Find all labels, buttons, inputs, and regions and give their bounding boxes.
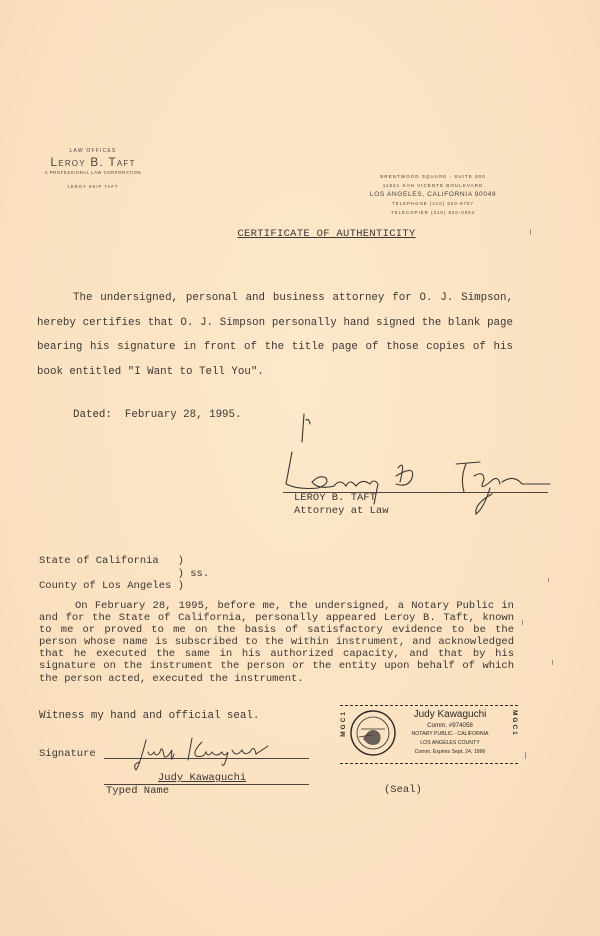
paper-mark — [522, 620, 523, 625]
address-line-1: BRENTWOOD SQUARE · SUITE 800 — [356, 172, 510, 181]
typed-name-label: Typed Name — [106, 785, 169, 797]
certificate-body: The undersigned, personal and business a… — [37, 286, 513, 384]
venue-county: County of Los Angeles ) — [39, 580, 209, 593]
dated-line: Dated: February 28, 1995. — [73, 409, 242, 421]
firm-attorney: LEROY SKIP TAFT — [30, 184, 156, 189]
venue-state: State of California ) — [39, 555, 209, 568]
venue-ss: ) ss. — [39, 568, 209, 581]
address-line-2: 11661 SAN VICENTE BOULEVARD — [356, 181, 510, 190]
typed-name-value: Judy Kawaguchi — [104, 772, 309, 784]
state-seal-icon — [349, 709, 397, 757]
stamp-title: NOTARY PUBLIC - CALIFORNIA — [392, 730, 508, 739]
paper-mark — [530, 229, 531, 235]
firm-corporation: A PROFESSIONAL LAW CORPORATION — [30, 170, 156, 175]
seal-label: (Seal) — [384, 784, 422, 796]
paper-mark — [525, 752, 526, 759]
certificate-title: CERTIFICATE OF AUTHENTICITY — [0, 228, 600, 240]
letterhead-address: BRENTWOOD SQUARE · SUITE 800 11661 SAN V… — [356, 172, 510, 217]
notary-stamp: MGC1 MGC1 Judy Kawaguchi Comm. #974058 N… — [340, 705, 518, 764]
witness-statement: Witness my hand and official seal. — [39, 710, 259, 722]
stamp-county: LOS ANGELES COUNTY — [392, 739, 508, 748]
paper-mark — [548, 578, 549, 582]
telephone: TELEPHONE (310) 820-8757 — [356, 199, 510, 208]
attorney-name: LEROY B. TAFT — [294, 492, 389, 505]
stamp-name: Judy Kawaguchi — [392, 709, 508, 721]
firm-name: Leroy B. Taft — [30, 155, 156, 169]
stamp-text: Judy Kawaguchi Comm. #974058 NOTARY PUBL… — [392, 709, 508, 757]
attorney-title: Attorney at Law — [294, 505, 389, 518]
venue-block: State of California ) ) ss.County of Los… — [39, 555, 209, 593]
stamp-expires: Comm. Expires Sept. 24, 1996 — [392, 748, 508, 757]
dated-value: February 28, 1995. — [125, 409, 242, 421]
stamp-edge-code-left: MGC1 — [340, 710, 347, 737]
notary-signature — [132, 734, 282, 776]
address-line-3: LOS ANGELES, CALIFORNIA 90049 — [356, 190, 510, 199]
stamp-edge-code-right: MGC1 — [511, 710, 518, 737]
law-offices-label: LAW OFFICES — [30, 148, 156, 154]
notary-signature-line — [104, 758, 309, 759]
notary-body: On February 28, 1995, before me, the und… — [39, 600, 514, 685]
attorney-block: LEROY B. TAFT Attorney at Law — [294, 492, 389, 518]
signature-label: Signature — [39, 748, 96, 760]
dated-label: Dated: — [73, 409, 112, 421]
stamp-commission: Comm. #974058 — [392, 721, 508, 730]
telecopier: TELECOPIER (310) 820-0094 — [356, 208, 510, 217]
letterhead-left: LAW OFFICES Leroy B. Taft A PROFESSIONAL… — [30, 148, 156, 189]
paper-mark — [552, 660, 553, 665]
